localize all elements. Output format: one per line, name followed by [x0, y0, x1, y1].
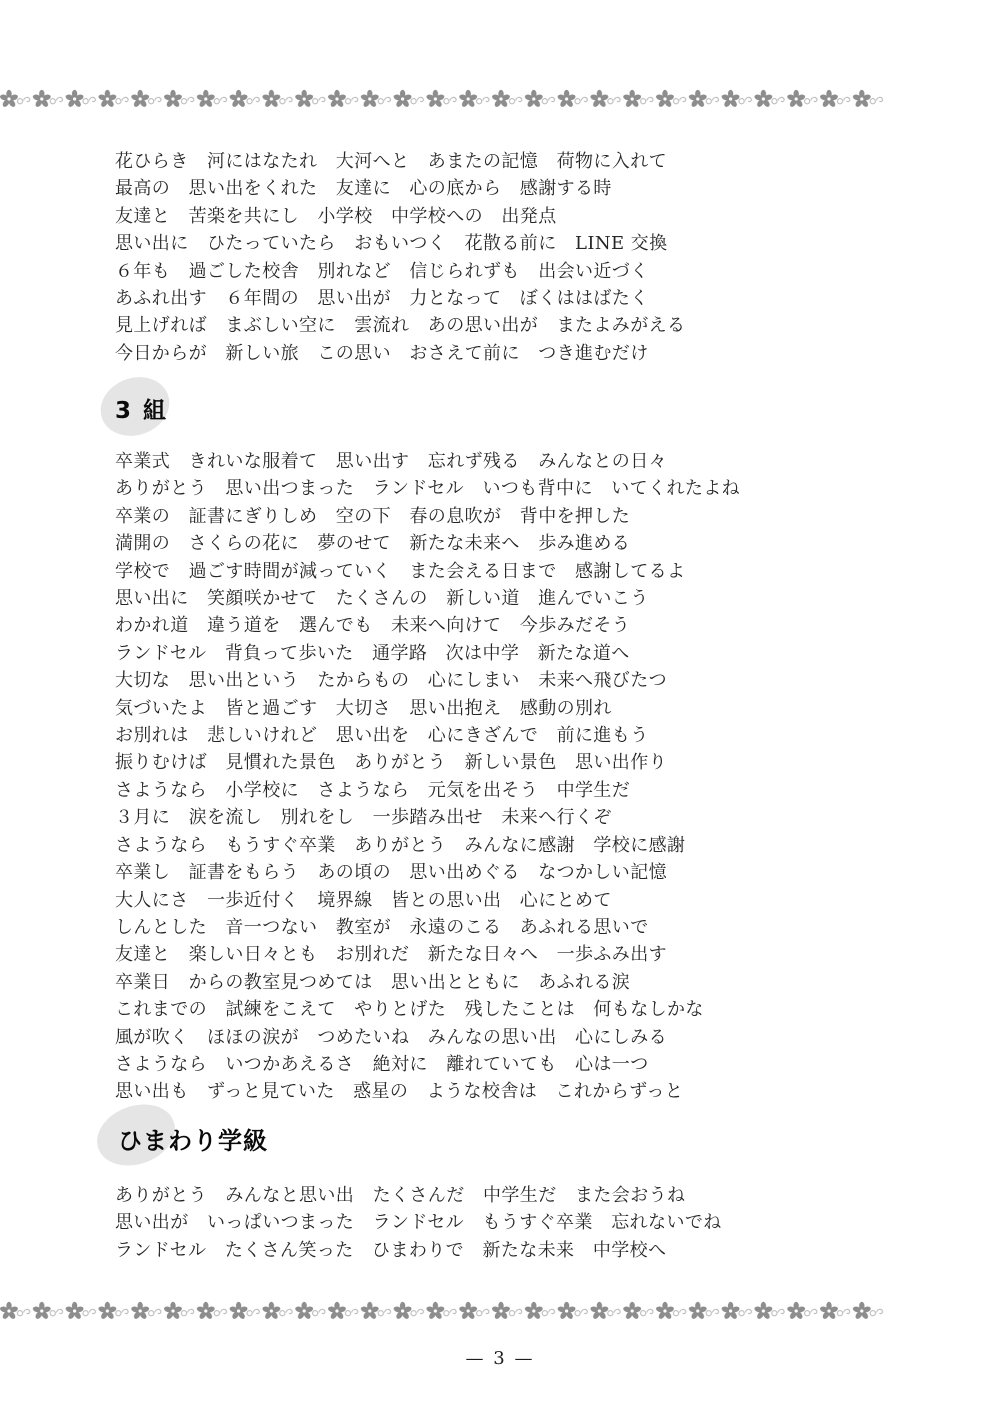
poem-block-1: 花ひらき 河にはなたれ 大河へと あまたの記憶 荷物に入れて 最高の 思い出をく… [115, 148, 940, 367]
poem-line: 最高の 思い出をくれた 友達に 心の底から 感謝する時 [115, 175, 940, 202]
page-number: — 3 — [0, 1348, 1000, 1369]
poem-line: 思い出に 笑顔咲かせて たくさんの 新しい道 進んでいこう [115, 585, 940, 612]
poem-line: これまでの 試練をこえて やりとげた 残したことは 何もなしかな [115, 996, 940, 1023]
poem-line: 思い出に ひたっていたら おもいつく 花散る前に LINE 交換 [115, 230, 940, 257]
poem-line: 友達と 楽しい日々とも お別れだ 新たな日々へ 一歩ふみ出す [115, 941, 940, 968]
poem-line: 今日からが 新しい旅 この思い おさえて前に つき進むだけ [115, 340, 940, 367]
floral-ornament-icon [0, 88, 885, 110]
poem-line: ３月に 涙を流し 別れをし 一歩踏み出せ 未来へ行くぞ [115, 804, 940, 831]
poem-line: あふれ出す ６年間の 思い出が 力となって ぼくははばたく [115, 285, 940, 312]
poem-line: 花ひらき 河にはなたれ 大河へと あまたの記憶 荷物に入れて [115, 148, 940, 175]
floral-border-top [0, 88, 885, 110]
poem-line: 風が吹く ほほの涙が つめたいね みんなの思い出 心にしみる [115, 1024, 940, 1051]
poem-line: お別れは 悲しいけれど 思い出を 心にきざんで 前に進もう [115, 722, 940, 749]
poem-line: 気づいたよ 皆と過ごす 大切さ 思い出抱え 感動の別れ [115, 695, 940, 722]
poem-line: ６年も 過ごした校舎 別れなど 信じられずも 出会い近づく [115, 258, 940, 285]
poem-block-himawari: ありがとう みんなと思い出 たくさんだ 中学生だ また会おうね 思い出が いっぱ… [115, 1182, 940, 1264]
poem-line: ありがとう みんなと思い出 たくさんだ 中学生だ また会おうね [115, 1182, 940, 1209]
poem-line: 思い出が いっぱいつまった ランドセル もうすぐ卒業 忘れないでね [115, 1209, 940, 1236]
document-page: 花ひらき 河にはなたれ 大河へと あまたの記憶 荷物に入れて 最高の 思い出をく… [0, 0, 1000, 1414]
poem-line: 大切な 思い出という たからもの 心にしまい 未来へ飛びたつ [115, 667, 940, 694]
poem-line: しんとした 音一つない 教室が 永遠のこる あふれる思いで [115, 914, 940, 941]
poem-line: 振りむけば 見慣れた景色 ありがとう 新しい景色 思い出作り [115, 749, 940, 776]
poem-line: ランドセル 背負って歩いた 通学路 次は中学 新たな道へ [115, 640, 940, 667]
poem-line: さようなら もうすぐ卒業 ありがとう みんなに感謝 学校に感謝 [115, 832, 940, 859]
poem-line: さようなら 小学校に さようなら 元気を出そう 中学生だ [115, 777, 940, 804]
poem-line: 学校で 過ごす時間が減っていく また会える日まで 感謝してるよ [115, 558, 940, 585]
poem-line: 卒業式 きれいな服着て 思い出す 忘れず残る みんなとの日々 [115, 448, 940, 475]
poem-line: わかれ道 違う道を 選んでも 未来へ向けて 今歩みだそう [115, 612, 940, 639]
section-header-label: ひまわり学級 [118, 1121, 268, 1156]
poem-block-3kumi: 卒業式 きれいな服着て 思い出す 忘れず残る みんなとの日々 ありがとう 思い出… [115, 448, 940, 1106]
poem-line: 卒業日 からの教室見つめては 思い出とともに あふれる涙 [115, 969, 940, 996]
poem-line: 大人にさ 一歩近付く 境界線 皆との思い出 心にとめて [115, 887, 940, 914]
poem-line: さようなら いつかあえるさ 絶対に 離れていても 心は一つ [115, 1051, 940, 1078]
poem-line: ランドセル たくさん笑った ひまわりで 新たな未来 中学校へ [115, 1237, 940, 1264]
poem-line: ありがとう 思い出つまった ランドセル いつも背中に いてくれたよね [115, 475, 940, 502]
poem-line: 思い出も ずっと見ていた 惑星の ような校舎は これからずっと [115, 1078, 940, 1105]
poem-line: 卒業の 証書にぎりしめ 空の下 春の息吹が 背中を押した [115, 503, 940, 530]
section-header-label: 3 組 [115, 392, 168, 425]
poem-line: 見上げれば まぶしい空に 雲流れ あの思い出が またよみがえる [115, 312, 940, 339]
floral-border-bottom [0, 1300, 885, 1322]
poem-line: 満開の さくらの花に 夢のせて 新たな未来へ 歩み進める [115, 530, 940, 557]
poem-line: 友達と 苦楽を共にし 小学校 中学校への 出発点 [115, 203, 940, 230]
poem-line: 卒業し 証書をもらう あの頃の 思い出めぐる なつかしい記憶 [115, 859, 940, 886]
floral-ornament-icon [0, 1300, 885, 1322]
